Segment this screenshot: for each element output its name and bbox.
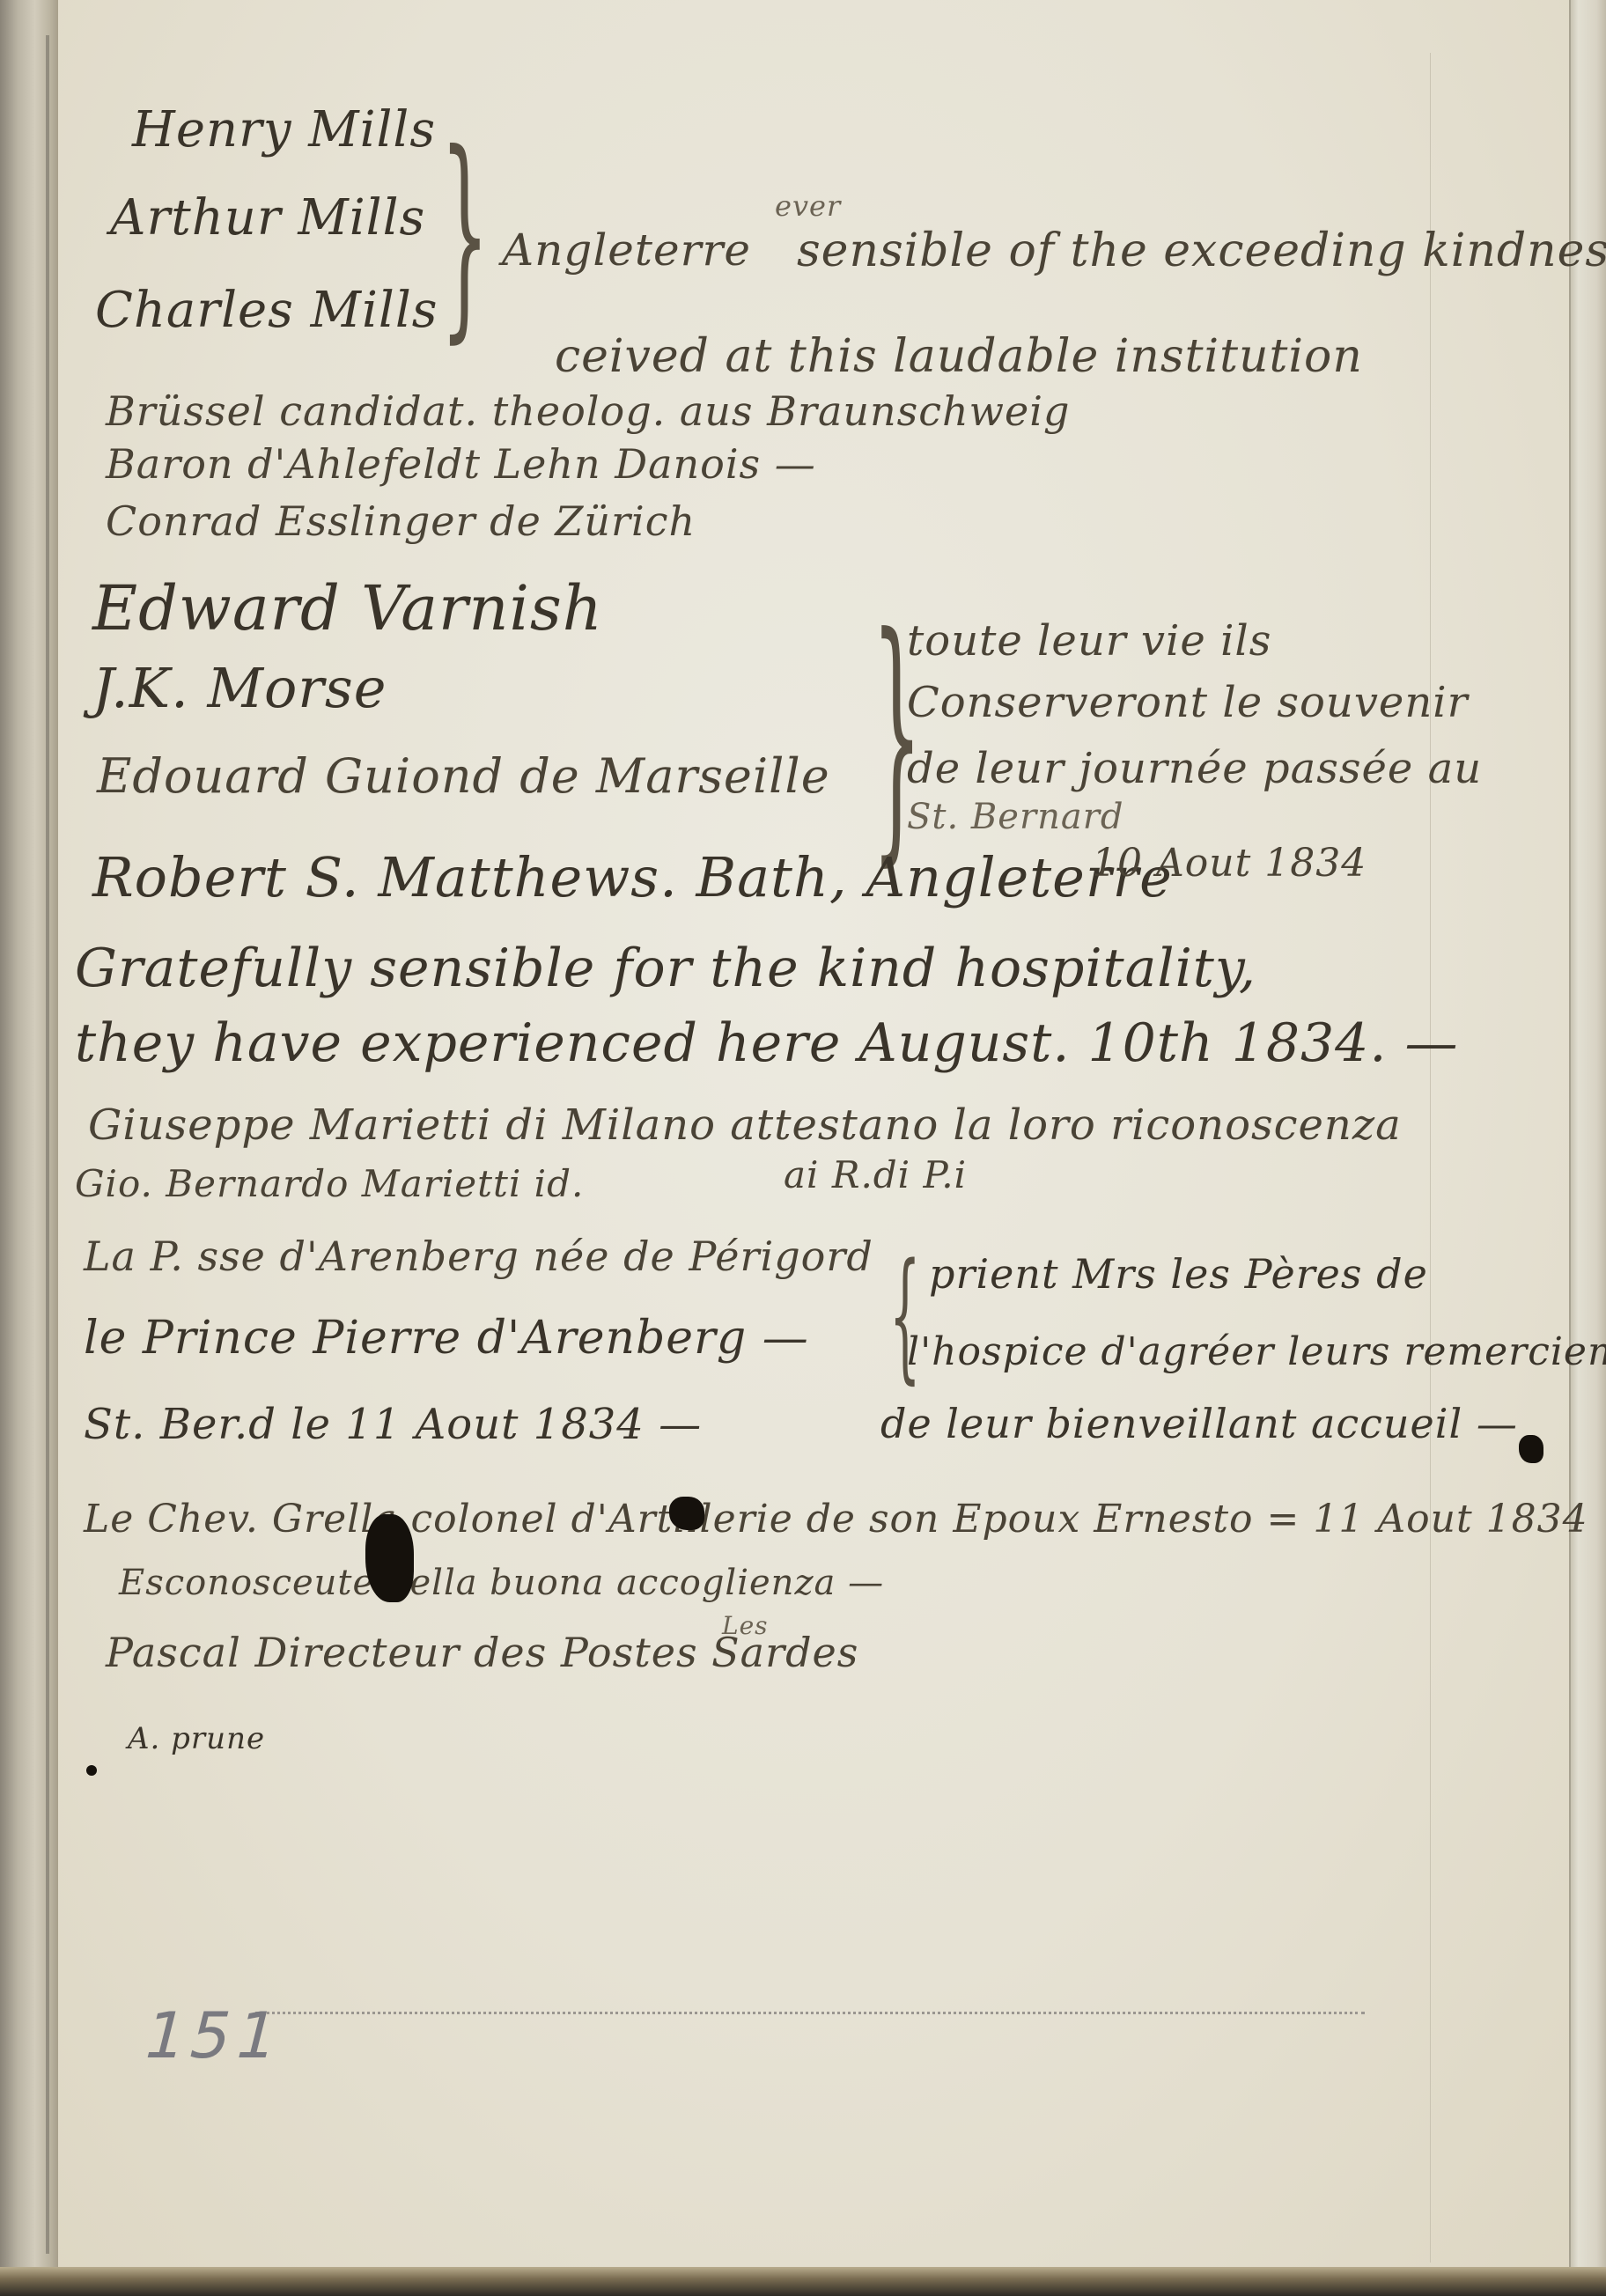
text-arenberg-line1: prient Mrs les Pères de [929, 1250, 1428, 1298]
text-varnish-line1: toute leur vie ils [907, 616, 1271, 666]
ink-blot-large [365, 1514, 414, 1602]
signature-prince-pierre-arenberg: le Prince Pierre d'Arenberg — [84, 1312, 809, 1365]
page-fold-line [1430, 53, 1431, 2263]
page-number: 151 [136, 1998, 291, 2072]
signature-arthur-mills: Arthur Mills [110, 189, 425, 247]
brace-mills: } [440, 106, 490, 362]
page-bottom-edge [0, 2267, 1606, 2296]
entry-matthews-date-fr: 10 Aout 1834 [1092, 841, 1367, 886]
ink-blot-small [1519, 1435, 1543, 1463]
entry-marietti-line2: Gio. Bernardo Marietti id. [75, 1162, 584, 1205]
signature-charles-mills: Charles Mills [95, 282, 438, 339]
entry-marietti-line1: Giuseppe Marietti di Milano attestano la… [88, 1100, 1402, 1150]
ink-dot [86, 1765, 97, 1776]
text-varnish-line3: de leur journée passée au [907, 744, 1482, 793]
manuscript-page: Henry Mills Arthur Mills Charles Mills }… [0, 0, 1606, 2296]
entry-a-prune: A. prune [128, 1721, 265, 1756]
entry-matthews-line2: they have experienced here August. 10th … [75, 1012, 1459, 1074]
text-mills-line1: sensible of the exceeding kindness re- [797, 224, 1606, 277]
signature-edward-varnish: Edward Varnish [92, 572, 603, 644]
adjacent-page-edge [1569, 0, 1606, 2296]
signature-jk-morse: J.K. Morse [92, 656, 387, 720]
entry-grella-line1: Le Chev. Grella colonel d'Artillerie de … [84, 1497, 1588, 1542]
text-varnish-line2: Conserveront le souvenir [907, 678, 1469, 727]
ink-blot-medium [669, 1497, 704, 1530]
entry-conrad-esslinger: Conrad Esslinger de Zürich [106, 497, 696, 545]
text-varnish-line4: St. Bernard [907, 797, 1123, 837]
signature-henry-mills: Henry Mills [132, 101, 436, 158]
entry-marietti-line3: ai R.di P.i [784, 1153, 967, 1196]
entry-baron-ahlefeldt: Baron d'Ahlefeldt Lehn Danois — [106, 440, 816, 488]
book-binding [0, 0, 58, 2296]
text-arenberg-line2: l'hospice d'agréer leurs remerciemens [907, 1329, 1606, 1374]
text-arenberg-line3: de leur bienveillant accueil — [880, 1400, 1518, 1447]
text-angleterre: Angleterre [502, 224, 751, 276]
pencil-dotted-line [255, 2012, 1365, 2014]
text-mills-line2: ceived at this laudable institution [555, 330, 1363, 383]
binding-edge-line [46, 35, 49, 2254]
signature-princess-arenberg: La P. sse d'Arenberg née de Périgord [84, 1233, 873, 1280]
signature-edouard-guiond: Edouard Guiond de Marseille [97, 748, 830, 804]
entry-pascal-insertion: Les [722, 1611, 769, 1640]
text-ever-insertion: ever [775, 189, 841, 223]
entry-matthews-line1: Gratefully sensible for the kind hospita… [75, 938, 1256, 999]
entry-brussel: Brüssel candidat. theolog. aus Braunschw… [106, 387, 1070, 435]
entry-matthews-signature: Robert S. Matthews. Bath, Angleterre [92, 845, 1173, 909]
entry-arenberg-date: St. Ber.d le 11 Aout 1834 — [84, 1400, 702, 1449]
entry-grella-line2: Esconosceute della buona accoglienza — [119, 1563, 884, 1603]
